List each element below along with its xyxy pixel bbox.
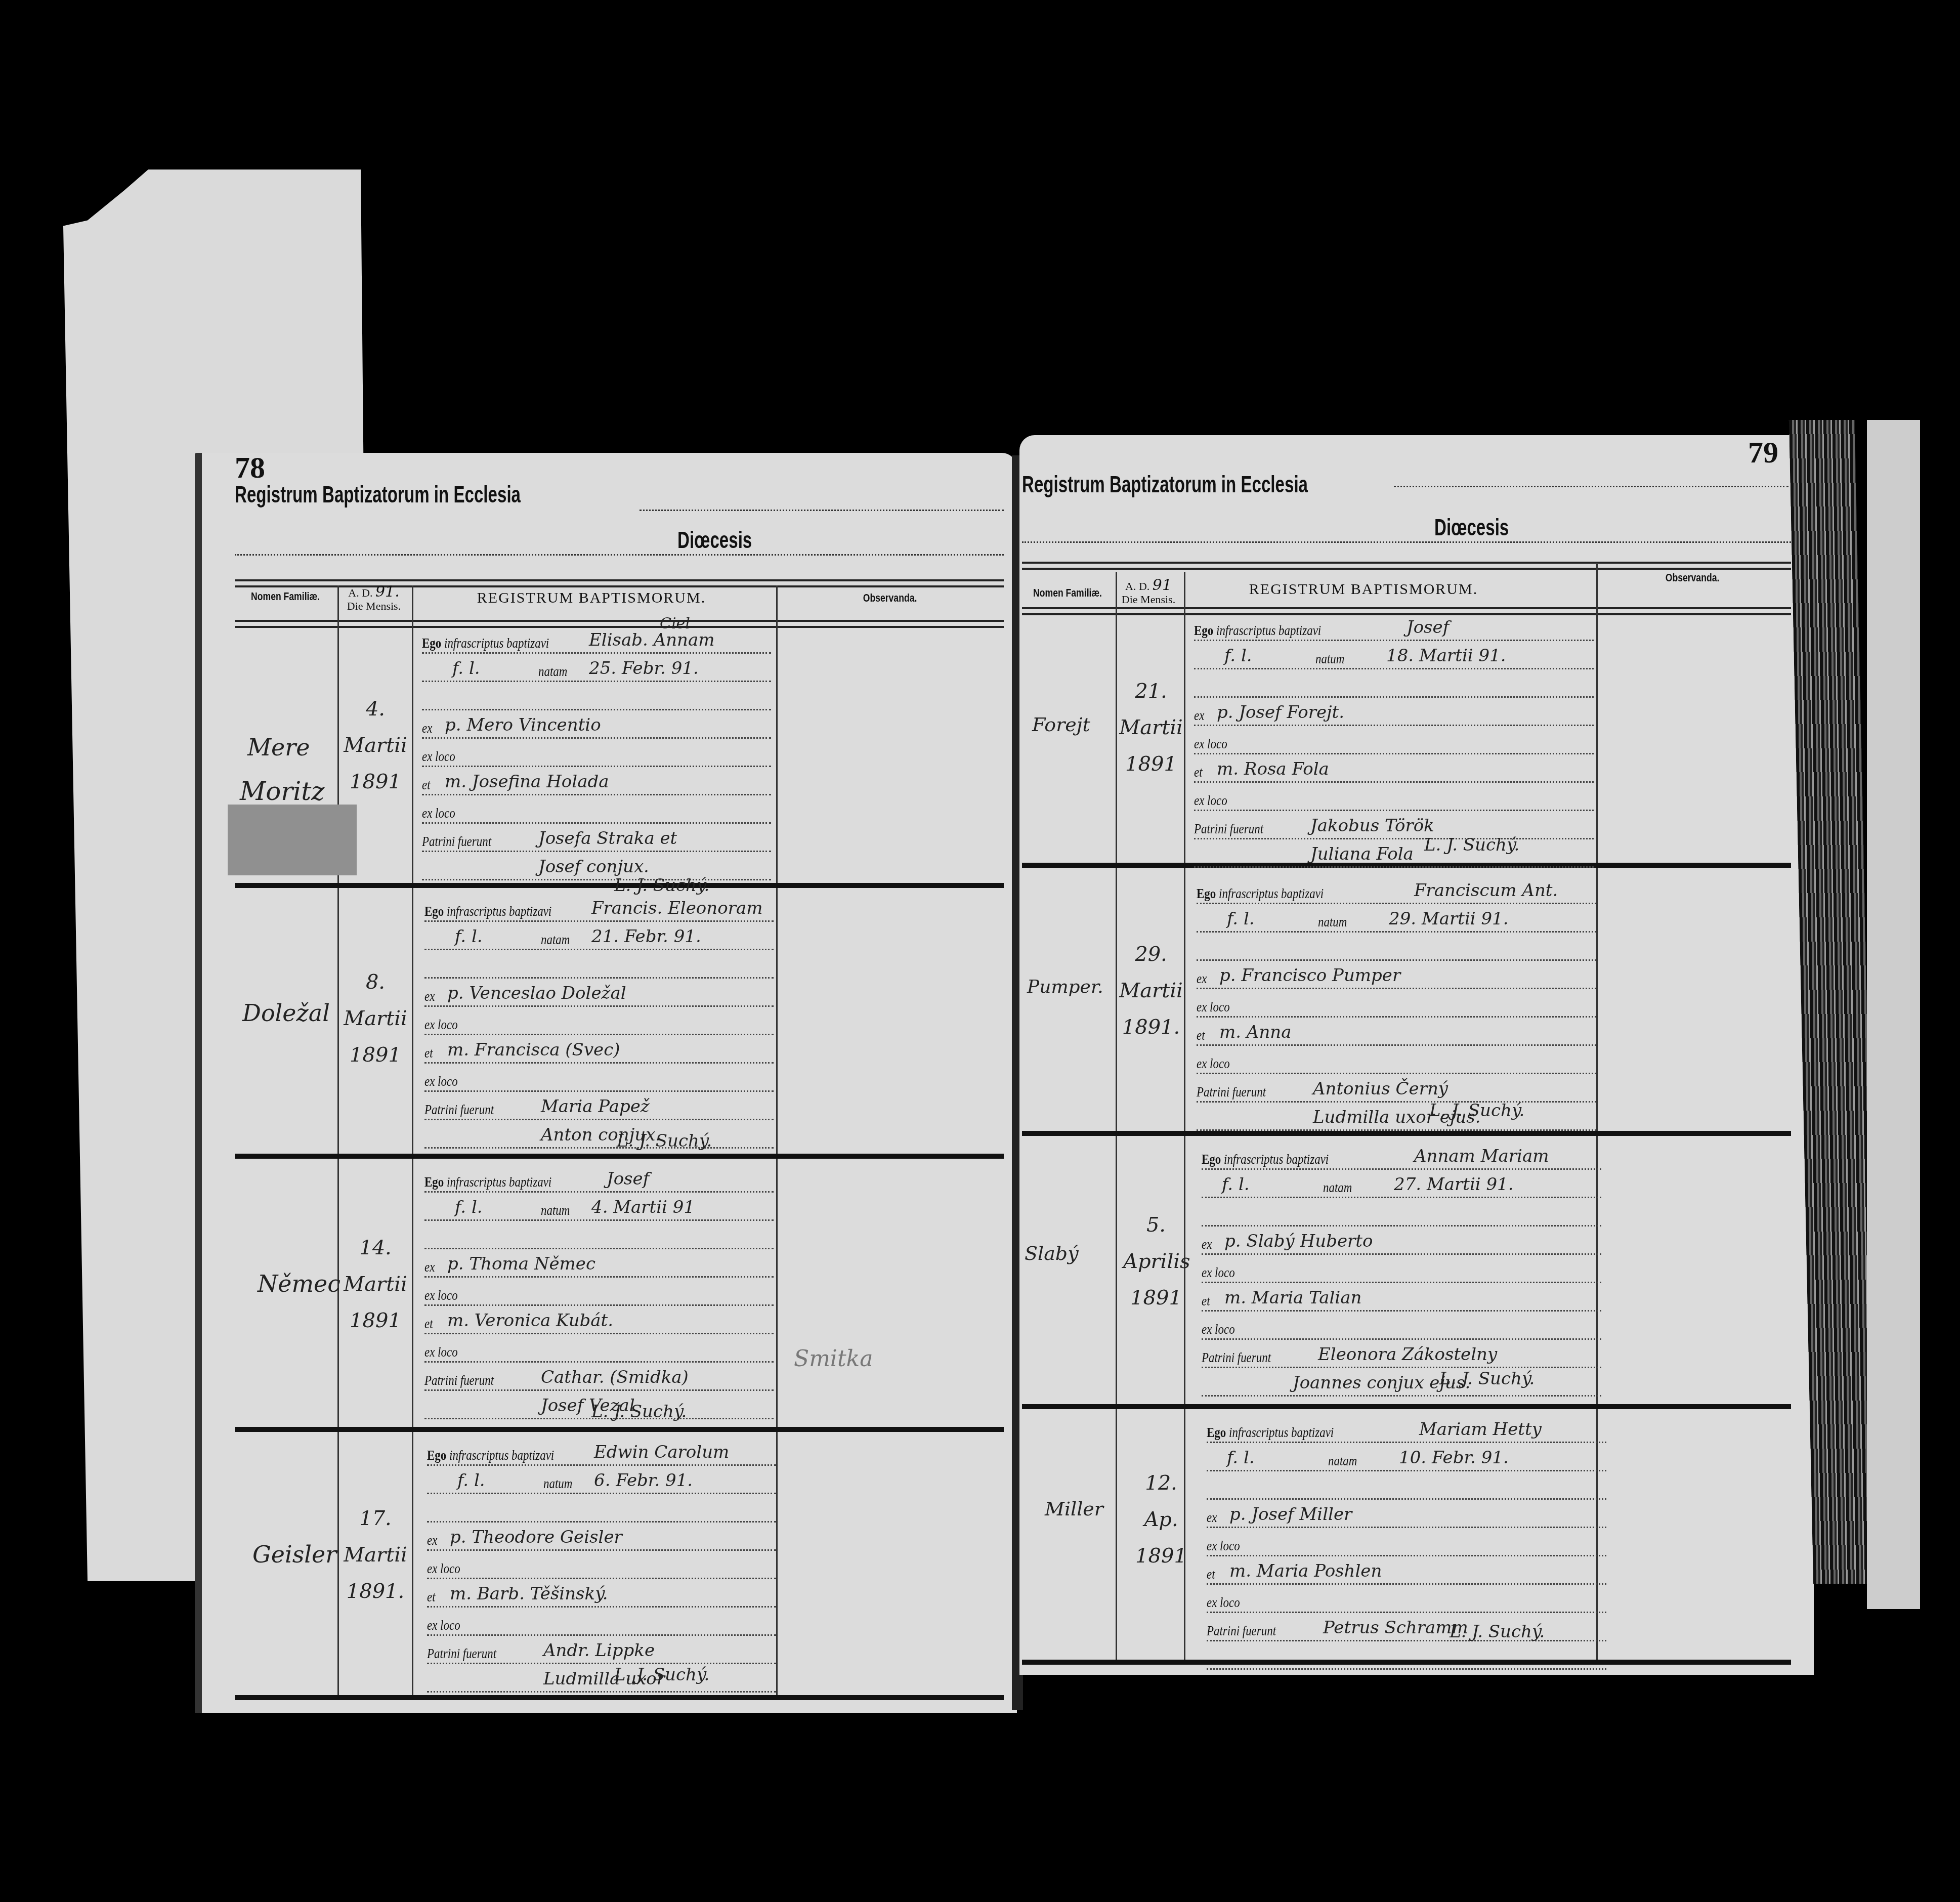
year: 1891	[1123, 1280, 1189, 1316]
patrini-label: Patrini fuerunt	[1207, 1623, 1276, 1639]
baptism-date: 17. Martii 1891.	[343, 1500, 408, 1610]
register-entry: Slabý 5. Aprilis 1891 Ego infrascriptus …	[1019, 1141, 1799, 1399]
day: 14.	[343, 1230, 408, 1266]
baptism-date: 5. Aprilis 1891	[1123, 1207, 1189, 1316]
page-number: 79	[1748, 435, 1778, 470]
col-nomen-familiae: Nomen Familiæ.	[245, 590, 326, 603]
priest-signature: L. J. Suchý.	[1424, 835, 1519, 855]
et-label: et	[1202, 1293, 1210, 1309]
month: Aprilis	[1123, 1243, 1189, 1280]
month: Martii	[343, 1000, 408, 1037]
priest-signature: L. J. Suchý.	[1429, 1101, 1524, 1121]
ex-loco-label: ex loco	[424, 1074, 458, 1089]
baptized-name: Elisab. Annam	[589, 630, 715, 650]
priest-signature: L. J. Suchý.	[1439, 1369, 1535, 1389]
register-entry: Miller 12. Ap. 1891 Ego infrascriptus ba…	[1019, 1414, 1799, 1657]
year: 1891	[343, 1037, 408, 1073]
day: 5.	[1123, 1207, 1189, 1243]
ex-label: ex	[1202, 1237, 1212, 1252]
birth-date: 18. Martii 91.	[1386, 646, 1506, 666]
col-die-mensis: A. D. 91. Die Mensis.	[338, 583, 409, 612]
patrini-label: Patrini fuerunt	[422, 834, 491, 850]
ex-loco-label: ex loco	[424, 1288, 458, 1303]
ex-label: ex	[424, 1259, 435, 1275]
col-registrum-baptismorum: REGISTRUM BAPTISMORUM.	[414, 589, 769, 606]
baptizavi-label: infrascriptus baptizavi	[1219, 886, 1324, 901]
baptized-name: Franciscum Ant.	[1414, 880, 1558, 901]
row-separator	[235, 1154, 1004, 1159]
godparents-2: Josef conjux.	[538, 857, 649, 877]
mother-name: m. Maria Poshlen	[1229, 1561, 1382, 1581]
mother-name: m. Rosa Fola	[1217, 759, 1329, 779]
born-label: natam	[541, 932, 570, 948]
baptized-name: Francis. Eleonoram	[591, 898, 762, 918]
die-mensis-label: Die Mensis.	[1122, 593, 1175, 606]
legitimacy: f. l.	[1227, 1448, 1255, 1468]
godparents: Maria Papež	[541, 1096, 650, 1117]
ecclesia-dotted-line	[1394, 486, 1788, 487]
legitimacy: f. l.	[452, 658, 480, 679]
born-label: natum	[541, 1203, 570, 1218]
legitimacy: f. l.	[457, 1470, 485, 1491]
baptizavi-label: infrascriptus baptizavi	[447, 1174, 551, 1190]
register-entry: Doležal 8. Martii 1891 Ego infrascriptus…	[202, 893, 1011, 1151]
father-name: p. Josef Miller	[1229, 1504, 1352, 1525]
ex-loco-label: ex loco	[1202, 1265, 1235, 1281]
birth-date: 27. Martii 91.	[1394, 1174, 1514, 1195]
ego-label: Ego	[1202, 1152, 1221, 1167]
month: Martii	[1118, 973, 1184, 1009]
baptism-date: 14. Martii 1891	[343, 1230, 408, 1339]
priest-signature: L. J. Suchý.	[614, 875, 709, 896]
father-name: p. Josef Forejt.	[1217, 702, 1344, 723]
ex-loco-label: ex loco	[1197, 1056, 1230, 1072]
mother-name: m. Veronica Kubát.	[447, 1311, 613, 1331]
born-label: natum	[1318, 914, 1347, 930]
father-name: p. Thoma Němec	[447, 1254, 595, 1274]
surname: Forejt	[1032, 713, 1090, 736]
patrini-label: Patrini fuerunt	[1202, 1350, 1271, 1366]
surname: Doležal	[242, 999, 330, 1027]
year: 1891.	[1118, 1009, 1184, 1045]
header-rule	[1022, 562, 1791, 570]
year: 1891	[343, 764, 408, 800]
year: 1891	[1128, 1538, 1194, 1574]
surname: Slabý	[1025, 1242, 1079, 1264]
dioecesis-dotted-line	[1022, 541, 1791, 543]
page-title: Registrum Baptizatorum in Ecclesia	[1022, 471, 1308, 498]
ex-loco-label: ex loco	[1194, 793, 1227, 809]
baptizavi-label: infrascriptus baptizavi	[1216, 623, 1321, 638]
year: 1891	[343, 1302, 408, 1339]
day: 12.	[1128, 1465, 1194, 1501]
surname: Pumper.	[1027, 977, 1103, 997]
baptism-date: 4. Martii 1891	[343, 691, 408, 800]
register-entry: Pumper. 29. Martii 1891. Ego infrascript…	[1019, 875, 1799, 1128]
dioecesis-dotted-line	[235, 554, 1004, 556]
born-label: natum	[543, 1476, 572, 1492]
ego-label: Ego	[422, 636, 441, 651]
patrini-label: Patrini fuerunt	[424, 1373, 494, 1388]
baptizavi-label: infrascriptus baptizavi	[1229, 1425, 1334, 1440]
godparents: Andr. Lippke	[543, 1640, 655, 1661]
ex-loco-label: ex loco	[1207, 1538, 1240, 1554]
page-number: 78	[235, 450, 265, 485]
ex-loco-label: ex loco	[422, 806, 455, 821]
ex-label: ex	[424, 989, 435, 1004]
dioecesis-label: Diœcesis	[1434, 514, 1509, 541]
surname: Mere	[247, 734, 310, 761]
priest-signature: L. J. Suchý.	[1450, 1622, 1545, 1642]
surname-note: Moritz	[240, 777, 325, 806]
month: Martii	[1118, 709, 1184, 746]
birth-date: 10. Febr. 91.	[1399, 1448, 1509, 1468]
month: Martii	[343, 727, 408, 764]
margin-note: Smitka	[794, 1346, 873, 1372]
born-label: natam	[1328, 1453, 1357, 1469]
ex-label: ex	[1194, 708, 1204, 724]
ecclesia-dotted-line	[640, 510, 1004, 511]
patrini-label: Patrini fuerunt	[424, 1102, 494, 1118]
month: Ap.	[1128, 1501, 1194, 1538]
born-label: natam	[1323, 1180, 1352, 1196]
et-label: et	[1207, 1567, 1215, 1582]
priest-signature: L. J. Suchý.	[617, 1131, 712, 1151]
row-separator	[1022, 1404, 1791, 1409]
overwrite-note: Ciel	[660, 615, 690, 623]
godparents: Petrus Schramm	[1323, 1618, 1468, 1638]
priest-signature: L. J. Suchý.	[591, 1402, 687, 1422]
mother-name: m. Josefina Holada	[445, 772, 609, 792]
row-separator	[1022, 1131, 1791, 1136]
legitimacy: f. l.	[1224, 646, 1252, 666]
row-separator	[235, 1695, 1004, 1700]
born-label: natam	[538, 664, 567, 680]
godparents: Antonius Černý	[1313, 1079, 1448, 1099]
birth-date: 6. Febr. 91.	[594, 1470, 693, 1491]
baptized-name: Josef	[607, 1169, 649, 1189]
ad-label: A. D.	[1125, 580, 1149, 593]
ad-year: 91	[1153, 576, 1172, 594]
ex-loco-label: ex loco	[1194, 736, 1227, 752]
birth-date: 4. Martii 91	[591, 1197, 695, 1217]
col-nomen-familiae: Nomen Familiæ.	[1031, 587, 1104, 599]
surname: Geisler	[252, 1541, 336, 1568]
day: 4.	[343, 691, 408, 727]
right-page: 79 Registrum Baptizatorum in Ecclesia Di…	[1019, 435, 1814, 1675]
mother-name: m. Anna	[1219, 1022, 1291, 1042]
ex-loco-label: ex loco	[422, 749, 455, 765]
ex-loco-label: ex loco	[1202, 1322, 1235, 1337]
et-label: et	[427, 1589, 436, 1605]
baptism-date: 12. Ap. 1891	[1128, 1465, 1194, 1574]
godparents: Jakobus Török	[1310, 816, 1434, 836]
baptism-date: 8. Martii 1891	[343, 964, 408, 1073]
left-page: 78 Registrum Baptizatorum in Ecclesia Di…	[195, 453, 1017, 1713]
baptizavi-label: infrascriptus baptizavi	[449, 1448, 554, 1463]
ex-loco-label: ex loco	[427, 1561, 460, 1577]
day: 8.	[343, 964, 408, 1000]
father-name: p. Venceslao Doležal	[447, 983, 626, 1003]
day: 29.	[1118, 936, 1184, 973]
godparents: Eleonora Zákostelny	[1318, 1344, 1497, 1365]
baptizavi-label: infrascriptus baptizavi	[444, 636, 549, 651]
et-label: et	[424, 1316, 433, 1332]
et-label: et	[422, 777, 431, 793]
father-name: p. Slabý Huberto	[1224, 1231, 1373, 1251]
ego-label: Ego	[424, 904, 444, 919]
legitimacy: f. l.	[1222, 1174, 1250, 1195]
surname: Miller	[1045, 1498, 1103, 1520]
patrini-label: Patrini fuerunt	[1194, 821, 1263, 837]
baptized-name: Mariam Hetty	[1419, 1419, 1542, 1440]
ex-loco-label: ex loco	[1207, 1595, 1240, 1611]
ex-label: ex	[1197, 971, 1207, 987]
year: 1891	[1118, 746, 1184, 782]
col-die-mensis: A. D. 91 Die Mensis.	[1116, 577, 1181, 606]
ex-label: ex	[422, 721, 432, 736]
ex-loco-label: ex loco	[424, 1344, 458, 1360]
col-registrum-baptismorum: REGISTRUM BAPTISMORUM.	[1186, 581, 1541, 598]
baptized-name: Josef	[1407, 617, 1449, 638]
ad-year: 91.	[375, 583, 400, 601]
month: Martii	[343, 1266, 408, 1302]
priest-signature: L. J. Suchý.	[614, 1665, 709, 1685]
godparents-2: Juliana Fola	[1310, 844, 1414, 864]
legitimacy: f. l.	[455, 1197, 483, 1217]
register-entry: Geisler 17. Martii 1891. Ego infrascript…	[202, 1437, 1011, 1695]
mother-name: m. Barb. Těšinský.	[450, 1584, 608, 1604]
baptizavi-label: infrascriptus baptizavi	[447, 904, 551, 919]
baptized-name: Edwin Carolum	[594, 1442, 729, 1462]
mother-name: m. Francisca (Svec)	[447, 1040, 620, 1060]
ad-label: A. D.	[348, 586, 372, 599]
row-separator	[235, 1427, 1004, 1432]
legitimacy: f. l.	[1227, 909, 1255, 929]
back-cover-edge	[1867, 420, 1920, 1609]
godparents: Cathar. (Smidka)	[541, 1367, 689, 1387]
baptism-date: 21. Martii 1891	[1118, 673, 1184, 782]
die-mensis-label: Die Mensis.	[347, 600, 401, 612]
ego-label: Ego	[427, 1448, 446, 1463]
ex-loco-label: ex loco	[424, 1017, 458, 1033]
ego-label: Ego	[424, 1174, 444, 1190]
mother-name: m. Maria Talian	[1224, 1288, 1361, 1308]
ego-label: Ego	[1207, 1425, 1226, 1440]
et-label: et	[1194, 765, 1203, 780]
col-observanda: Observanda.	[1620, 572, 1765, 584]
year: 1891.	[343, 1573, 408, 1610]
dioecesis-label: Diœcesis	[677, 526, 752, 554]
day: 21.	[1118, 673, 1184, 709]
page-title: Registrum Baptizatorum in Ecclesia	[235, 481, 521, 508]
col-observanda: Observanda.	[805, 592, 975, 604]
patrini-label: Patrini fuerunt	[427, 1646, 496, 1662]
baptizavi-label: infrascriptus baptizavi	[1224, 1152, 1329, 1167]
ex-label: ex	[1207, 1510, 1217, 1526]
father-name: p. Francisco Pumper	[1219, 965, 1400, 986]
register-entry: Němec 14. Martii 1891 Ego infrascriptus …	[202, 1164, 1011, 1422]
ego-label: Ego	[1194, 623, 1213, 638]
patrini-label: Patrini fuerunt	[1197, 1084, 1266, 1100]
baptism-date: 29. Martii 1891.	[1118, 936, 1184, 1045]
baptized-name: Annam Mariam	[1414, 1146, 1549, 1166]
day: 17.	[343, 1500, 408, 1537]
born-label: natum	[1315, 651, 1344, 667]
godparents: Josefa Straka et	[538, 828, 677, 849]
ego-label: Ego	[1197, 886, 1216, 901]
ex-label: ex	[427, 1533, 437, 1548]
register-entry: Forejt 21. Martii 1891 Ego infrascriptus…	[1019, 612, 1799, 860]
ex-loco-label: ex loco	[427, 1618, 460, 1633]
surname: Němec	[258, 1270, 340, 1297]
ex-loco-label: ex loco	[1197, 999, 1230, 1015]
et-label: et	[424, 1045, 433, 1061]
month: Martii	[343, 1537, 408, 1573]
father-name: p. Mero Vincentio	[445, 715, 601, 735]
birth-date: 29. Martii 91.	[1389, 909, 1509, 929]
birth-date: 21. Febr. 91.	[591, 926, 701, 947]
father-name: p. Theodore Geisler	[450, 1527, 622, 1547]
birth-date: 25. Febr. 91.	[589, 658, 699, 679]
et-label: et	[1197, 1028, 1205, 1043]
legitimacy: f. l.	[455, 926, 483, 947]
redaction-box	[228, 805, 357, 875]
